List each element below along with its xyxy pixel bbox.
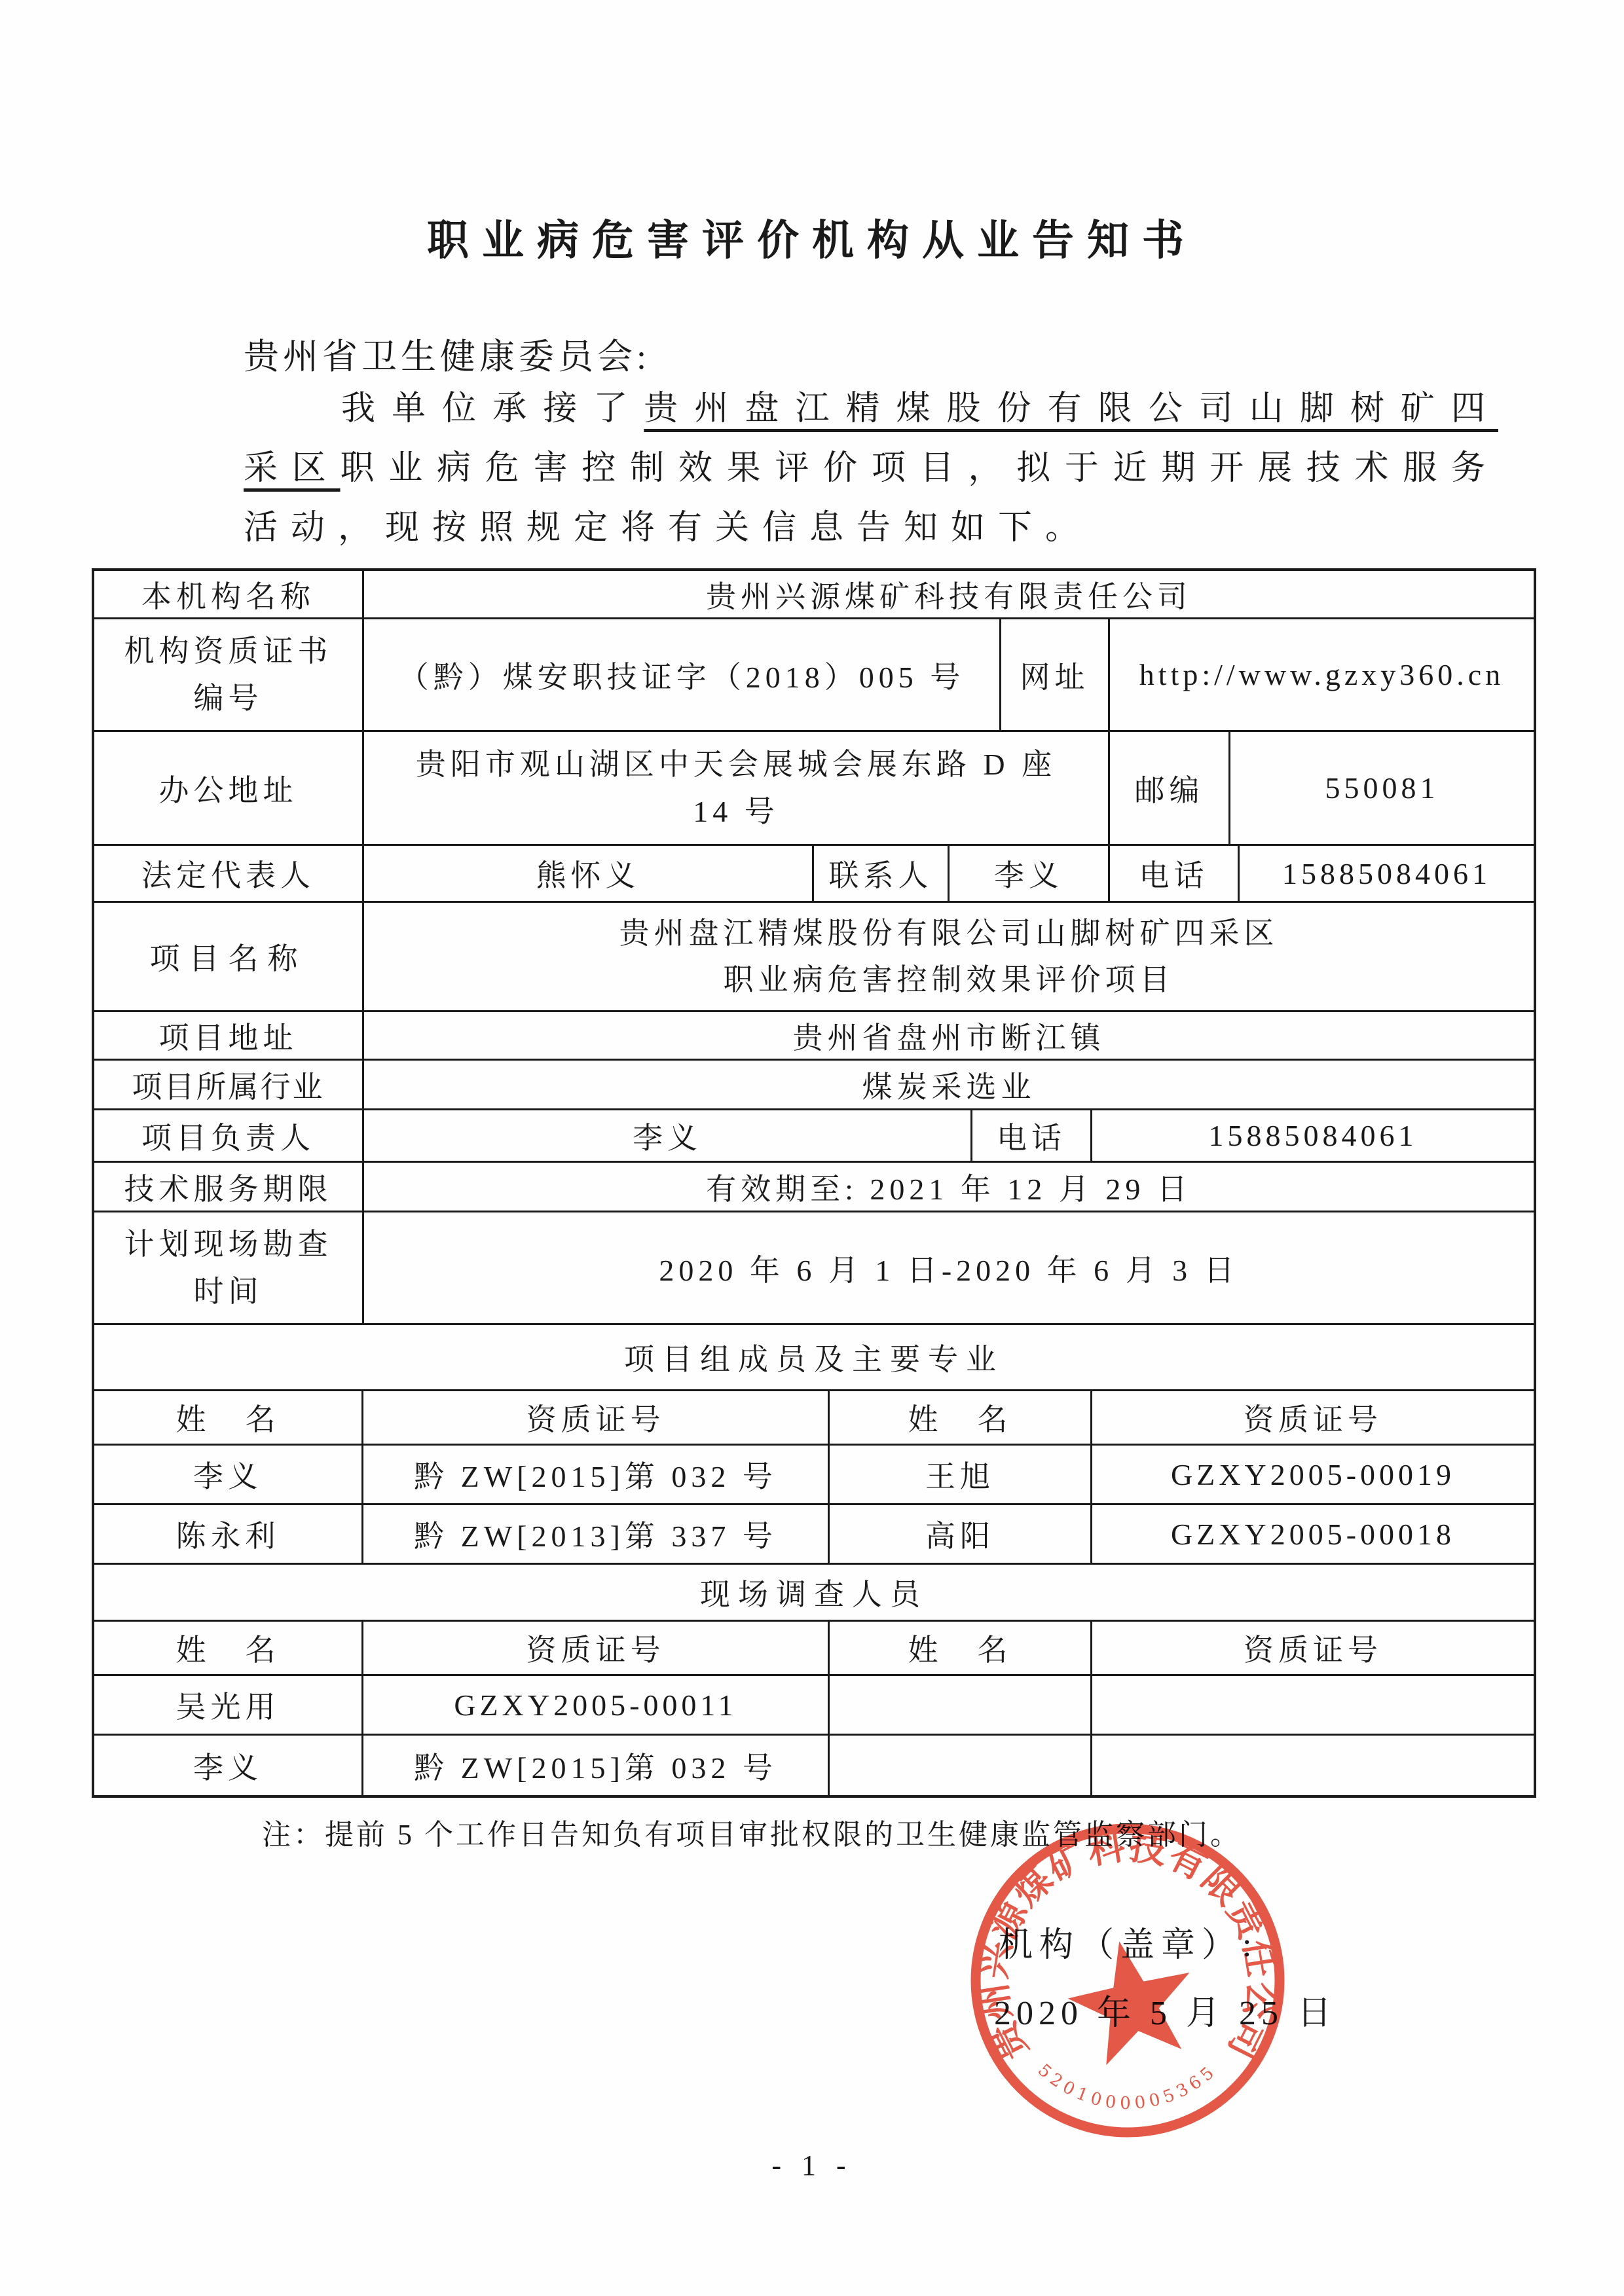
contact-value: 李义 [948, 846, 1108, 901]
project-name-label: 项目名称 [94, 903, 362, 1010]
underlined-project-owner: 贵州盘江精煤股份有限公司山脚树矿四 [644, 390, 1498, 428]
member-cert: 黔 ZW[2015]第 032 号 [361, 1446, 828, 1503]
project-leader-value: 李义 [362, 1110, 970, 1161]
project-name-line2: 职业病危害控制效果评价项目 [619, 957, 1279, 1003]
survey-time-label: 计划现场勘查时间 [94, 1212, 362, 1323]
paragraph-line-2: 采区职业病危害控制效果评价项目，拟于近期开展技术服务 [244, 448, 1498, 489]
row-project-address: 项目地址 贵州省盘州市断江镇 [94, 1010, 1534, 1059]
row-service-period: 技术服务期限 有效期至: 2021 年 12 月 29 日 [94, 1161, 1534, 1211]
member-name [828, 1736, 1090, 1795]
letter-body: 我单位承接了贵州盘江精煤股份有限公司山脚树矿四 采区职业病危害控制效果评价项目，… [244, 389, 1498, 568]
member-cert: GZXY2005-00018 [1090, 1505, 1534, 1563]
site-col-cert-2: 资质证号 [1090, 1622, 1534, 1674]
team-col-name-2: 姓 名 [828, 1391, 1090, 1444]
team-member-row: 李义 黔 ZW[2015]第 032 号 王旭 GZXY2005-00019 [94, 1444, 1534, 1503]
office-address-value: 贵阳市观山湖区中天会展城会展东路 D 座14 号 [362, 732, 1108, 844]
cert-no-label-line1: 机构资质证书 [124, 628, 333, 674]
first-line-indent [244, 419, 338, 420]
row-team-header: 项目组成员及主要专业 [94, 1323, 1534, 1389]
site-col-name-1: 姓 名 [94, 1622, 361, 1674]
member-name: 李义 [94, 1446, 361, 1503]
project-address-label: 项目地址 [94, 1012, 362, 1059]
member-name: 高阳 [828, 1505, 1090, 1563]
salutation: 贵州省卫生健康委员会: [244, 329, 650, 379]
phone-value: 15885084061 [1238, 846, 1534, 901]
row-org-name: 本机构名称 贵州兴源煤矿科技有限责任公司 [94, 571, 1534, 617]
office-address-line1: 贵阳市观山湖区中天会展城会展东路 D 座 [416, 741, 1056, 788]
row-site-columns: 姓 名 资质证号 姓 名 资质证号 [94, 1620, 1534, 1674]
postcode-value: 550081 [1228, 732, 1534, 844]
team-member-row: 陈永利 黔 ZW[2013]第 337 号 高阳 GZXY2005-00018 [94, 1503, 1534, 1563]
member-name: 吴光用 [94, 1676, 361, 1734]
org-name-label: 本机构名称 [94, 571, 362, 617]
member-name [828, 1676, 1090, 1734]
row-project-name: 项目名称 贵州盘江精煤股份有限公司山脚树矿四采区职业病危害控制效果评价项目 [94, 901, 1534, 1010]
survey-time-value: 2020 年 6 月 1 日-2020 年 6 月 3 日 [362, 1212, 1534, 1323]
member-cert: GZXY2005-00019 [1090, 1446, 1534, 1503]
contact-label: 联系人 [812, 846, 948, 901]
member-cert [1090, 1736, 1534, 1795]
member-cert: 黔 ZW[2013]第 337 号 [361, 1505, 828, 1563]
row-site-header: 现场调查人员 [94, 1563, 1534, 1620]
row-office-address: 办公地址 贵阳市观山湖区中天会展城会展东路 D 座14 号 邮编 550081 [94, 730, 1534, 844]
row-cert-no: 机构资质证书编号 （黔）煤安职技证字（2018）005 号 网址 http://… [94, 617, 1534, 730]
member-cert: 黔 ZW[2015]第 032 号 [361, 1736, 828, 1795]
member-name: 陈永利 [94, 1505, 361, 1563]
underlined-project-owner-cont: 采区 [244, 450, 341, 487]
seal-serial-number: 5201000005365 [1034, 2060, 1221, 2113]
row-survey-time: 计划现场勘查时间 2020 年 6 月 1 日-2020 年 6 月 3 日 [94, 1211, 1534, 1323]
project-address-value: 贵州省盘州市断江镇 [362, 1012, 1534, 1059]
paragraph-line-2-rest: 职业病危害控制效果评价项目，拟于近期开展技术服务 [341, 450, 1498, 487]
legal-representative-label: 法定代表人 [94, 846, 362, 901]
document-title: 职业病危害评价机构从业告知书 [0, 207, 1624, 267]
site-col-cert-1: 资质证号 [361, 1622, 828, 1674]
paragraph-lead: 我单位承接了 [338, 390, 644, 428]
project-name-value: 贵州盘江精煤股份有限公司山脚树矿四采区职业病危害控制效果评价项目 [362, 903, 1534, 1010]
member-cert [1090, 1676, 1534, 1734]
industry-value: 煤炭采选业 [362, 1061, 1534, 1108]
cert-no-value: （黔）煤安职技证字（2018）005 号 [362, 619, 999, 730]
row-project-leader: 项目负责人 李义 电话 15885084061 [94, 1108, 1534, 1161]
org-name-value: 贵州兴源煤矿科技有限责任公司 [362, 571, 1534, 617]
member-name: 李义 [94, 1736, 361, 1795]
project-leader-label: 项目负责人 [94, 1110, 362, 1161]
paragraph-line-3: 活动，现按照规定将有关信息告知如下。 [244, 508, 1498, 549]
row-industry: 项目所属行业 煤炭采选业 [94, 1059, 1534, 1108]
signoff-date: 2020 年 5 月 25 日 [994, 1985, 1337, 2034]
team-col-name-1: 姓 名 [94, 1391, 361, 1444]
phone-label: 电话 [1108, 846, 1238, 901]
legal-representative-value: 熊怀义 [362, 846, 812, 901]
paragraph-line-1: 我单位承接了贵州盘江精煤股份有限公司山脚树矿四 [244, 389, 1498, 429]
survey-time-label-line1: 计划现场勘查 [124, 1221, 333, 1267]
survey-time-label-line2: 时间 [124, 1268, 333, 1315]
row-legal-representative: 法定代表人 熊怀义 联系人 李义 电话 15885084061 [94, 844, 1534, 901]
postcode-label: 邮编 [1108, 732, 1228, 844]
page-number: - 1 - [0, 2149, 1624, 2182]
cert-no-label-line2: 编号 [124, 675, 333, 721]
row-team-columns: 姓 名 资质证号 姓 名 资质证号 [94, 1389, 1534, 1444]
site-col-name-2: 姓 名 [828, 1622, 1090, 1674]
team-col-cert-1: 资质证号 [361, 1391, 828, 1444]
office-address-line2: 14 号 [416, 788, 1056, 835]
seal-ring [976, 1829, 1280, 2132]
company-seal-stamp: 贵州兴源煤矿科技有限责任公司 5201000005365 [951, 1804, 1304, 2157]
website-value: http://www.gzxy360.cn [1108, 619, 1534, 730]
member-name: 王旭 [828, 1446, 1090, 1503]
document-page: 职业病危害评价机构从业告知书 贵州省卫生健康委员会: 我单位承接了贵州盘江精煤股… [0, 0, 1624, 2296]
info-table: 本机构名称 贵州兴源煤矿科技有限责任公司 机构资质证书编号 （黔）煤安职技证字（… [92, 568, 1536, 1798]
website-label: 网址 [999, 619, 1108, 730]
industry-label: 项目所属行业 [94, 1061, 362, 1108]
leader-phone-label: 电话 [970, 1110, 1090, 1161]
footnote: 注：提前 5 个工作日告知负有项目审批权限的卫生健康监管监察部门。 [262, 1811, 1242, 1853]
site-member-row: 李义 黔 ZW[2015]第 032 号 [94, 1734, 1534, 1795]
service-period-value: 有效期至: 2021 年 12 月 29 日 [362, 1163, 1534, 1211]
member-cert: GZXY2005-00011 [361, 1676, 828, 1734]
service-period-label: 技术服务期限 [94, 1163, 362, 1211]
office-address-label: 办公地址 [94, 732, 362, 844]
cert-no-label: 机构资质证书编号 [94, 619, 362, 730]
site-member-row: 吴光用 GZXY2005-00011 [94, 1674, 1534, 1734]
team-col-cert-2: 资质证号 [1090, 1391, 1534, 1444]
site-section-header: 现场调查人员 [94, 1565, 1534, 1620]
team-section-header: 项目组成员及主要专业 [94, 1325, 1534, 1389]
leader-phone-value: 15885084061 [1090, 1110, 1534, 1161]
stamp-caption: 机构（盖章）: [999, 1917, 1258, 1966]
project-name-line1: 贵州盘江精煤股份有限公司山脚树矿四采区 [619, 910, 1279, 957]
